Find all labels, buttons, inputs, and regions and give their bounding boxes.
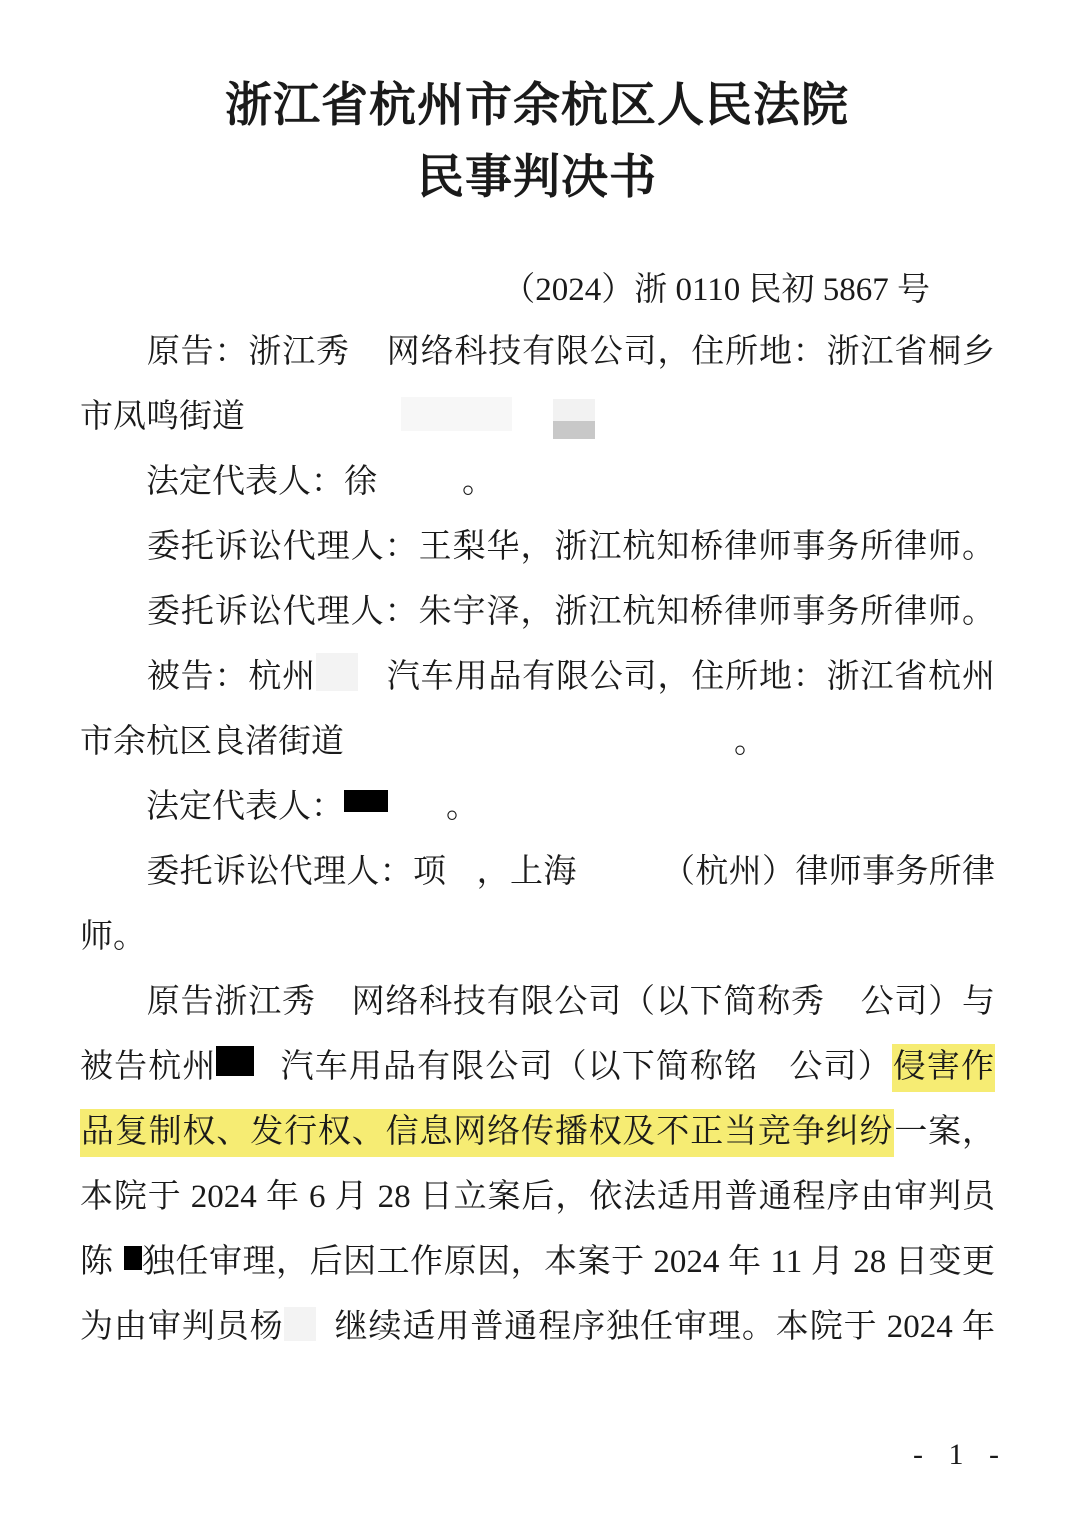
redacted-gap: [577, 880, 662, 882]
text-line: 为由审判员杨继续适用普通程序独任审理。本院于 2024 年: [80, 1295, 995, 1360]
redaction-blur: [553, 399, 595, 439]
text-segment: 原告浙江秀: [146, 984, 316, 1020]
page-number: - 1 -: [913, 1438, 1008, 1472]
document-header: 浙江省杭州市余杭区人民法院 民事判决书: [0, 70, 1074, 214]
document-body: 原告：浙江秀网络科技有限公司，住所地：浙江省桐乡市凤鸣街道法定代表人：徐。委托诉…: [80, 320, 995, 1360]
redacted-gap: [446, 880, 476, 882]
text-line: 品复制权、发行权、信息网络传播权及不正当竞争纠纷一案，: [80, 1100, 995, 1165]
highlighted-text: 品复制权、发行权、信息网络传播权及不正当竞争纠纷: [80, 1109, 894, 1157]
text-line: 委托诉讼代理人：朱宇泽，浙江杭知桥律师事务所律师。: [80, 580, 995, 645]
text-segment: 独任审理，后因工作原因，本案于 2024 年 11 月 28 日变更: [142, 1244, 996, 1280]
redacted-gap: [114, 1270, 124, 1272]
redacted-gap: [80, 360, 146, 362]
text-segment: （杭州）律师事务所律: [662, 854, 995, 890]
redacted-gap: [344, 750, 734, 752]
redacted-gap: [758, 1075, 788, 1077]
redacted-gap: [512, 425, 553, 427]
text-line: 委托诉讼代理人：王梨华，浙江杭知桥律师事务所律师。: [80, 515, 995, 580]
text-line: 法定代表人：。: [80, 775, 995, 840]
judgment-document-page: 浙江省杭州市余杭区人民法院 民事判决书 （2024）浙 0110 民初 5867…: [0, 0, 1074, 1519]
redacted-gap: [254, 1075, 279, 1077]
redacted-gap: [350, 360, 386, 362]
text-segment: ，上海: [476, 854, 576, 890]
text-segment: 委托诉讼代理人：项: [146, 854, 446, 890]
redacted-gap: [316, 1010, 351, 1012]
redacted-gap: [316, 1335, 334, 1337]
text-line: 市凤鸣街道: [80, 385, 995, 450]
redaction-black: [344, 790, 388, 812]
redacted-gap: [80, 685, 146, 687]
redacted-gap: [80, 555, 146, 557]
text-line: 法定代表人：徐。: [80, 450, 995, 515]
text-segment: 陈: [80, 1244, 114, 1280]
text-line: 被告：杭州汽车用品有限公司，住所地：浙江省杭州: [80, 645, 995, 710]
text-segment: 公司）: [788, 1049, 891, 1085]
text-line: 原告浙江秀网络科技有限公司（以下简称秀公司）与: [80, 970, 995, 1035]
redacted-gap: [80, 815, 146, 817]
text-segment: 网络科技有限公司，住所地：浙江省桐乡: [386, 334, 995, 370]
text-segment: 委托诉讼代理人：朱宇泽，浙江杭知桥律师事务所律师。: [146, 594, 995, 630]
text-segment: 被告：杭州: [146, 659, 316, 695]
redaction-blur: [316, 653, 358, 691]
text-segment: 市余杭区良渚街道: [80, 724, 344, 760]
text-segment: 网络科技有限公司（以下简称秀: [351, 984, 825, 1020]
redaction-black: [124, 1246, 142, 1270]
redacted-gap: [80, 1010, 146, 1012]
redaction-black: [216, 1046, 254, 1076]
redaction-blur: [401, 397, 512, 431]
text-segment: 市凤鸣街道: [80, 399, 245, 435]
text-segment: 。: [446, 789, 479, 825]
text-segment: 。: [462, 464, 495, 500]
text-line: 原告：浙江秀网络科技有限公司，住所地：浙江省桐乡: [80, 320, 995, 385]
text-segment: 公司）与: [860, 984, 995, 1020]
text-segment: 被告杭州: [80, 1049, 216, 1085]
text-line: 陈独任审理，后因工作原因，本案于 2024 年 11 月 28 日变更: [80, 1230, 995, 1295]
text-segment: 继续适用普通程序独任审理。本院于 2024 年: [334, 1309, 995, 1345]
text-segment: 为由审判员杨: [80, 1309, 284, 1345]
highlighted-text: 侵害作: [892, 1044, 995, 1092]
redacted-gap: [80, 880, 146, 882]
text-line: 市余杭区良渚街道。: [80, 710, 995, 775]
redacted-gap: [377, 490, 462, 492]
redacted-gap: [388, 815, 446, 817]
text-line: 委托诉讼代理人：项，上海（杭州）律师事务所律: [80, 840, 995, 905]
text-segment: 法定代表人：徐: [146, 464, 377, 500]
text-segment: 一案，: [894, 1114, 995, 1150]
redaction-blur: [284, 1307, 316, 1341]
document-type-title: 民事判决书: [0, 142, 1074, 214]
text-segment: 师。: [80, 919, 146, 955]
text-line: 师。: [80, 905, 995, 970]
case-number: （2024）浙 0110 民初 5867 号: [502, 270, 930, 310]
text-line: 被告杭州汽车用品有限公司（以下简称铭公司）侵害作: [80, 1035, 995, 1100]
text-segment: 汽车用品有限公司，住所地：浙江省杭州: [386, 659, 995, 695]
redacted-gap: [80, 620, 146, 622]
redacted-gap: [80, 490, 146, 492]
text-segment: 汽车用品有限公司（以下简称铭: [279, 1049, 758, 1085]
text-segment: 原告：浙江秀: [146, 334, 350, 370]
text-segment: 。: [734, 724, 767, 760]
text-line: 本院于 2024 年 6 月 28 日立案后，依法适用普通程序由审判员: [80, 1165, 995, 1230]
redacted-gap: [245, 425, 401, 427]
text-segment: 委托诉讼代理人：王梨华，浙江杭知桥律师事务所律师。: [146, 529, 995, 565]
redacted-gap: [825, 1010, 860, 1012]
text-segment: 本院于 2024 年 6 月 28 日立案后，依法适用普通程序由审判员: [80, 1179, 995, 1215]
court-name-title: 浙江省杭州市余杭区人民法院: [0, 70, 1074, 142]
redacted-gap: [358, 685, 386, 687]
text-segment: 法定代表人：: [146, 789, 344, 825]
